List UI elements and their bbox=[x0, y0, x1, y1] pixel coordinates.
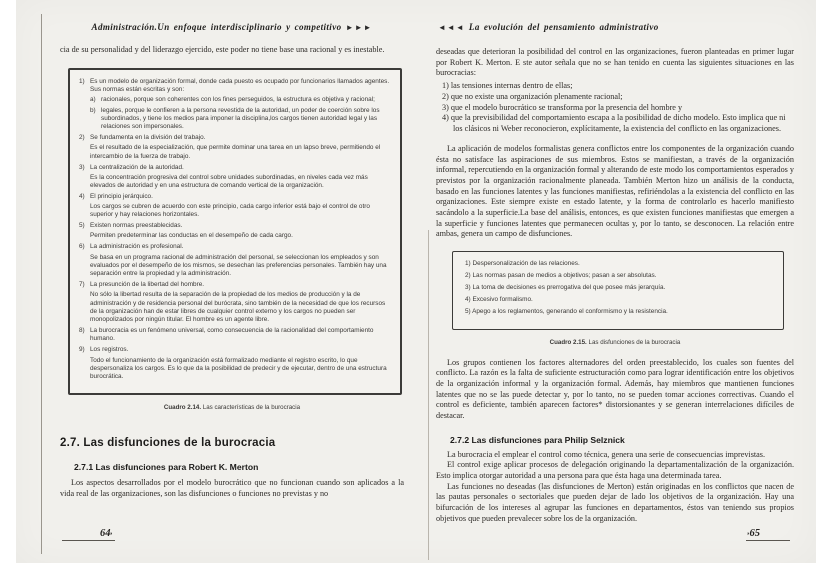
right-page-number-value: 65 bbox=[750, 528, 761, 539]
box-subitem-text: legales, porque le confieren a la person… bbox=[101, 107, 391, 132]
box-item-body: El principio jerárquico.Los cargos se cu… bbox=[90, 193, 391, 220]
box-subitem: a)racionales, porque son coherentes con … bbox=[90, 96, 391, 104]
left-page-number-value: 64 bbox=[100, 528, 111, 539]
box-item-number: 1) bbox=[79, 78, 90, 132]
list-item: 2) que no existe una organización plenam… bbox=[442, 92, 794, 103]
merton-situations-list: 1) las tensiones internas dentro de ella… bbox=[442, 81, 794, 135]
box-item: 7)La presunción de la libertad del hombr… bbox=[79, 281, 391, 324]
box-item-body: Se fundamenta en la división del trabajo… bbox=[90, 134, 391, 161]
box-item-lead: La burocracia es un fenómeno universal, … bbox=[90, 327, 391, 344]
box-subitem-number: a) bbox=[90, 96, 101, 104]
box-list-item: 5) Apego a los reglamentos, generando el… bbox=[465, 308, 773, 316]
box-item: 4)El principio jerárquico.Los cargos se … bbox=[79, 193, 391, 220]
cuadro-2-14-caption: Cuadro 2.14. Las características de la b… bbox=[60, 404, 404, 411]
box-item-body: La administración es profesional.Se basa… bbox=[90, 243, 391, 278]
right-paragraph-5: El control exige aplicar procesos de del… bbox=[436, 460, 794, 481]
cuadro-2-14-box: 1)Es un modelo de organización formal, d… bbox=[68, 68, 402, 395]
left-page: Administración.Un enfoque interdisciplin… bbox=[16, 0, 416, 563]
box-subitem-number: b) bbox=[90, 107, 101, 132]
cuadro-2-14-caption-label: Cuadro 2.14. bbox=[164, 404, 201, 411]
box-list-item: 3) La toma de decisiones es prerrogativa… bbox=[465, 284, 773, 292]
right-page-number: ,65 bbox=[746, 527, 791, 541]
box-item: 6)La administración es profesional.Se ba… bbox=[79, 243, 391, 278]
box-item-body: La centralización de la autoridad.Es la … bbox=[90, 164, 391, 191]
box-item-body: Los registros.Todo el funcionamiento de … bbox=[90, 346, 391, 381]
box-item-number: 9) bbox=[79, 346, 90, 381]
box-item-lead: La presunción de la libertad del hombre. bbox=[90, 281, 391, 289]
left-page-number-rule: 64, bbox=[62, 527, 115, 541]
box-item-lead: Existen normas preestablecidas. bbox=[90, 222, 391, 230]
box-subitem-text: racionales, porque son coherentes con lo… bbox=[101, 96, 391, 104]
left-page-number-mark: , bbox=[111, 527, 113, 536]
box-list-item: 4) Excesivo formalismo. bbox=[465, 296, 773, 304]
box-item-lead: Los registros. bbox=[90, 346, 391, 354]
box-item-body: Es un modelo de organización formal, don… bbox=[90, 78, 391, 132]
right-paragraph-3: Los grupos contienen los factores altern… bbox=[436, 358, 794, 422]
cuadro-2-14-caption-text: Las características de la burocracia bbox=[201, 404, 300, 411]
box-item-lead: Es un modelo de organización formal, don… bbox=[90, 78, 391, 95]
box-item-number: 7) bbox=[79, 281, 90, 324]
book-spread: Administración.Un enfoque interdisciplin… bbox=[16, 0, 816, 563]
left-running-head: Administración.Un enfoque interdisciplin… bbox=[60, 22, 404, 32]
box-item-number: 4) bbox=[79, 193, 90, 220]
right-running-head: ◄◄◄ La evolución del pensamiento adminis… bbox=[436, 22, 794, 32]
box-item: 8)La burocracia es un fenómeno universal… bbox=[79, 327, 391, 344]
box-item-number: 6) bbox=[79, 243, 90, 278]
box-item-lead: Se fundamenta en la división del trabajo… bbox=[90, 134, 391, 142]
box-item-paragraph: Es el resultado de la especialización, q… bbox=[90, 144, 391, 161]
box-item-body: La burocracia es un fenómeno universal, … bbox=[90, 327, 391, 344]
box-subitem: b)legales, porque le confieren a la pers… bbox=[90, 107, 391, 132]
box-item-body: Existen normas preestablecidas.Permiten … bbox=[90, 222, 391, 240]
left-page-number: 64, bbox=[62, 527, 115, 541]
box-item-paragraph: Se basa en un programa racional de admin… bbox=[90, 254, 391, 279]
section-title-2-7: 2.7. Las disfunciones de la burocracia bbox=[60, 437, 404, 449]
cuadro-2-15-caption-text: Las disfunciones de la burocracia bbox=[587, 339, 681, 346]
list-item: 4) que la previsibilidad del comportamie… bbox=[442, 113, 794, 135]
box-list-item: 2) Las normas pasan de medios a objetivo… bbox=[465, 272, 773, 280]
box-item-paragraph: Es la concentración progresiva del contr… bbox=[90, 174, 391, 191]
back-arrows-icon: ◄◄◄ bbox=[438, 23, 465, 32]
list-item: 1) las tensiones internas dentro de ella… bbox=[442, 81, 794, 92]
cuadro-2-15-box: 1) Despersonalización de las relaciones.… bbox=[452, 251, 784, 330]
cuadro-2-15-caption-label: Cuadro 2.15. bbox=[550, 339, 587, 346]
subsection-title-2-7-1: 2.7.1 Las disfunciones para Robert K. Me… bbox=[74, 462, 404, 472]
right-page-number-rule: ,65 bbox=[746, 527, 791, 541]
box-item: 5)Existen normas preestablecidas.Permite… bbox=[79, 222, 391, 240]
box-item-lead: El principio jerárquico. bbox=[90, 193, 391, 201]
cuadro-2-14-list: 1)Es un modelo de organización formal, d… bbox=[79, 78, 391, 382]
box-item-paragraph: Los cargos se cubren de acuerdo con este… bbox=[90, 203, 391, 220]
left-bottom-paragraph: Los aspectos desarrollados por el modelo… bbox=[60, 478, 404, 499]
right-paragraph-2: La aplicación de modelos formalistas gen… bbox=[436, 144, 794, 240]
box-item-lead: La administración es profesional. bbox=[90, 243, 391, 251]
subsection-title-2-7-2: 2.7.2 Las disfunciones para Philip Selzn… bbox=[450, 435, 794, 445]
box-item-paragraph: No sólo la libertad resulta de la separa… bbox=[90, 291, 391, 324]
right-page: ◄◄◄ La evolución del pensamiento adminis… bbox=[416, 0, 816, 563]
left-intro-paragraph: cia de su personalidad y del liderazgo e… bbox=[60, 45, 404, 56]
left-running-head-title: Administración.Un enfoque interdisciplin… bbox=[92, 22, 342, 32]
cuadro-2-15-list: 1) Despersonalización de las relaciones.… bbox=[465, 260, 773, 316]
box-item-number: 5) bbox=[79, 222, 90, 240]
cuadro-2-15-caption: Cuadro 2.15. Las disfunciones de la buro… bbox=[436, 339, 794, 346]
box-item-paragraph: Permiten predeterminar las conductas en … bbox=[90, 232, 391, 240]
box-item-lead: La centralización de la autoridad. bbox=[90, 164, 391, 172]
box-item: 9)Los registros.Todo el funcionamiento d… bbox=[79, 346, 391, 381]
box-list-item: 1) Despersonalización de las relaciones. bbox=[465, 260, 773, 268]
forward-arrows-icon: ►►► bbox=[346, 23, 373, 32]
box-item: 1)Es un modelo de organización formal, d… bbox=[79, 78, 391, 132]
box-item-body: La presunción de la libertad del hombre.… bbox=[90, 281, 391, 324]
right-running-head-title: La evolución del pensamiento administrat… bbox=[469, 22, 659, 32]
box-item: 3)La centralización de la autoridad.Es l… bbox=[79, 164, 391, 191]
right-paragraph-4: La burocracia el emplear el control como… bbox=[436, 450, 794, 461]
box-item: 2)Se fundamenta en la división del traba… bbox=[79, 134, 391, 161]
right-paragraph-6: Las funciones no deseadas (las disfuncio… bbox=[436, 482, 794, 525]
box-item-paragraph: Todo el funcionamiento de la organizació… bbox=[90, 357, 391, 382]
list-item: 3) que el modelo burocrático se transfor… bbox=[442, 103, 794, 114]
right-paragraph-1: deseadas que deterioran la posibilidad d… bbox=[436, 47, 794, 79]
box-item-number: 3) bbox=[79, 164, 90, 191]
box-item-number: 2) bbox=[79, 134, 90, 161]
box-item-number: 8) bbox=[79, 327, 90, 344]
